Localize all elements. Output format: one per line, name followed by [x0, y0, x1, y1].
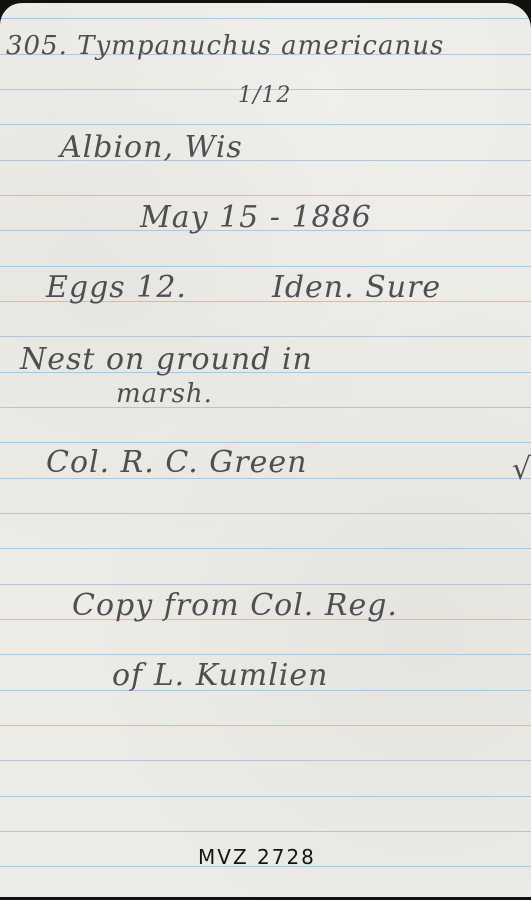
- collection-date: May 15 - 1886: [140, 203, 372, 233]
- species-name: 305. Tympanuchus americanus: [6, 33, 444, 59]
- rule-line: [0, 831, 531, 832]
- locality: Albion, Wis: [60, 133, 243, 163]
- rule-line: [0, 654, 531, 655]
- rule-line: [0, 442, 531, 443]
- collector: Col. R. C. Green: [46, 448, 307, 478]
- specimen-card: 305. Tympanuchus americanus 1/12 Albion,…: [0, 3, 531, 897]
- rule-line: [0, 195, 531, 196]
- nest-description-line-2: marsh.: [116, 381, 213, 407]
- rule-line: [0, 760, 531, 761]
- rule-line: [0, 266, 531, 267]
- rule-line: [0, 796, 531, 797]
- catalog-number: MVZ 2728: [198, 847, 316, 867]
- rule-line: [0, 407, 531, 408]
- rule-line: [0, 124, 531, 125]
- rule-line: [0, 548, 531, 549]
- rule-line: [0, 336, 531, 337]
- copy-note-line-2: of L. Kumlien: [112, 661, 328, 691]
- check-mark-icon: √: [512, 455, 531, 485]
- rule-line: [0, 584, 531, 585]
- identification-status: Iden. Sure: [272, 273, 441, 303]
- copy-note-line-1: Copy from Col. Reg.: [72, 591, 398, 621]
- set-mark: 1/12: [238, 85, 291, 107]
- nest-description-line-1: Nest on ground in: [20, 345, 313, 375]
- rule-line: [0, 18, 531, 19]
- egg-count: Eggs 12.: [46, 273, 187, 303]
- rule-line: [0, 725, 531, 726]
- rule-line: [0, 513, 531, 514]
